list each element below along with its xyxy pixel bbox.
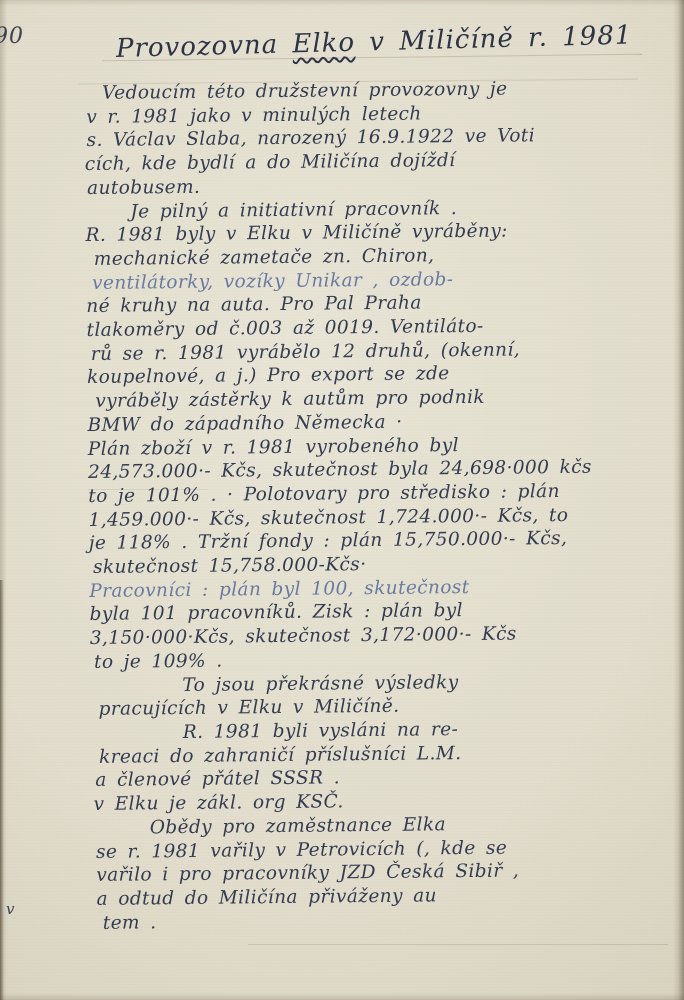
paper-edge-shadow-top bbox=[0, 0, 684, 6]
margin-check-mark: v bbox=[6, 900, 14, 918]
chronicle-page: 90 Provozovna Elko v Miličíně r. 1981 Ve… bbox=[0, 0, 684, 1000]
pencil-rule bbox=[88, 489, 208, 490]
pencil-rule bbox=[248, 944, 668, 945]
paper-edge-shadow-bottom bbox=[0, 993, 684, 1000]
title-post: v Miličíně r. 1981 bbox=[355, 20, 633, 57]
paper-edge-shadow-left-lower bbox=[0, 580, 4, 1000]
title-underlined-word: Elko bbox=[292, 28, 355, 60]
body-text: Vedoucím této družstevní provozovny jev … bbox=[84, 76, 671, 935]
paper-edge-shadow-right bbox=[673, 0, 684, 1000]
